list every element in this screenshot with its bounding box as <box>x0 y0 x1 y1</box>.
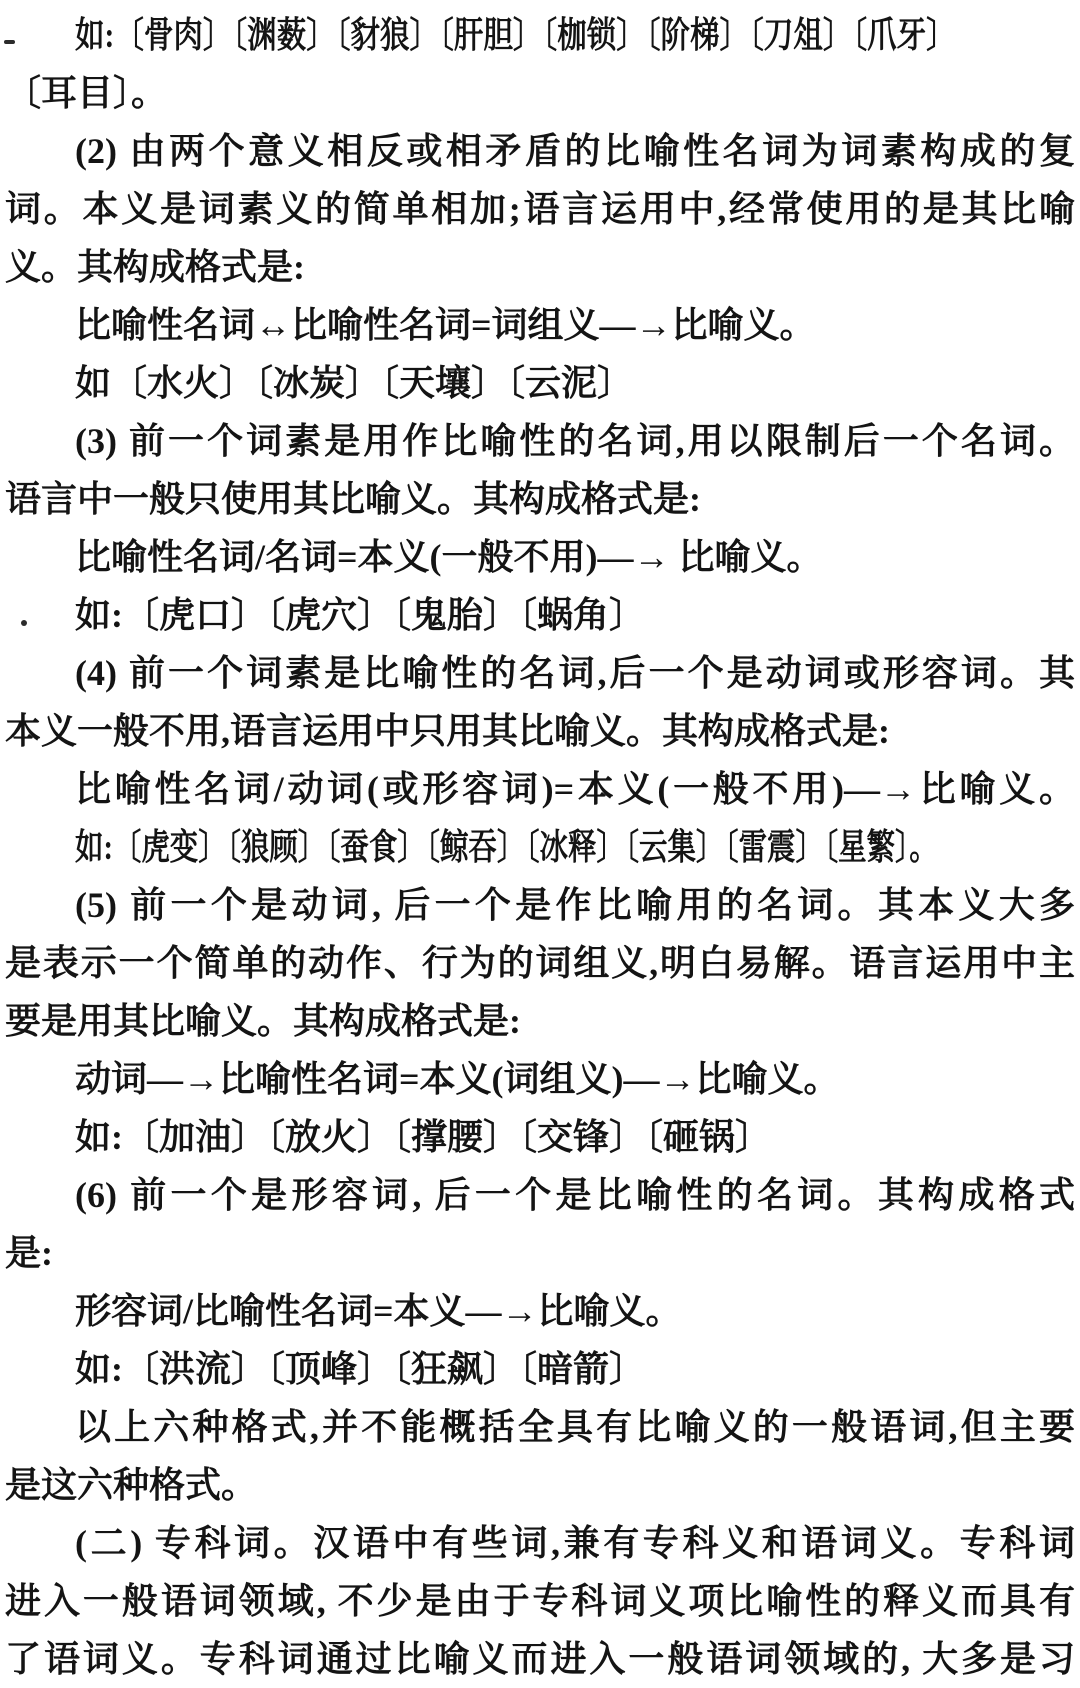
text-line: 进入一般语词领域, 不少是由于专科词义项比喻性的释义而具有 <box>5 1572 1075 1630</box>
text-line: 如:〔骨肉〕〔渊薮〕〔豺狼〕〔肝胆〕〔枷锁〕〔阶梯〕〔刀俎〕〔爪牙〕 <box>5 6 1075 64</box>
text-line: 义。其构成格式是: <box>5 238 1075 296</box>
text-line: 了语词义。专科词通过比喻义而进入一般语词领域的, 大多是习 <box>5 1630 1075 1688</box>
text-line: 如:〔虎口〕〔虎穴〕〔鬼胎〕〔蜗角〕 <box>5 586 1075 644</box>
text-line-content: 如:〔骨肉〕〔渊薮〕〔豺狼〕〔肝胆〕〔枷锁〕〔阶梯〕〔刀俎〕〔爪牙〕 <box>75 6 956 64</box>
scanned-page: 如:〔骨肉〕〔渊薮〕〔豺狼〕〔肝胆〕〔枷锁〕〔阶梯〕〔刀俎〕〔爪牙〕 〔耳目〕。… <box>0 0 1080 1688</box>
formula-line: 比喻性名词/名词=本义(一般不用)—→ 比喻义。 <box>5 528 1075 586</box>
text-line: 以上六种格式,并不能概括全具有比喻义的一般语词,但主要 <box>5 1398 1075 1456</box>
scan-speck-dot <box>21 620 27 626</box>
text-line: 是这六种格式。 <box>5 1456 1075 1514</box>
text-line: 如:〔虎变〕〔狼顾〕〔蚕食〕〔鲸吞〕〔冰释〕〔云集〕〔雷震〕〔星繁〕。 <box>5 818 1075 876</box>
text-line: 本义一般不用,语言运用中只用其比喻义。其构成格式是: <box>5 702 1075 760</box>
formula-line: 动词—→比喻性名词=本义(词组义)—→比喻义。 <box>5 1050 1075 1108</box>
formula-line: 比喻性名词/动词(或形容词)=本义(一般不用)—→比喻义。 <box>5 760 1075 818</box>
text-line: (二) 专科词。汉语中有些词,兼有专科义和语词义。专科词 <box>5 1514 1075 1572</box>
text-line: 词。本义是词素义的简单相加;语言运用中,经常使用的是其比喻 <box>5 180 1075 238</box>
text-line: 如〔水火〕〔冰炭〕〔天壤〕〔云泥〕 <box>5 354 1075 412</box>
text-line: (3) 前一个词素是用作比喻性的名词,用以限制后一个名词。 <box>5 412 1075 470</box>
scan-speck-dash <box>4 40 15 44</box>
text-line: 语言中一般只使用其比喻义。其构成格式是: <box>5 470 1075 528</box>
text-line: 如:〔洪流〕〔顶峰〕〔狂飙〕〔暗箭〕 <box>5 1340 1075 1398</box>
formula-line: 比喻性名词↔比喻性名词=词组义—→比喻义。 <box>5 296 1075 354</box>
text-line: (2) 由两个意义相反或相矛盾的比喻性名词为词素构成的复 <box>5 122 1075 180</box>
text-line: 是表示一个简单的动作、行为的词组义,明白易解。语言运用中主 <box>5 934 1075 992</box>
text-line: 是: <box>5 1224 1075 1282</box>
text-line: (6) 前一个是形容词, 后一个是比喻性的名词。其构成格式 <box>5 1166 1075 1224</box>
formula-line: 形容词/比喻性名词=本义—→比喻义。 <box>5 1282 1075 1340</box>
text-line-content: 如:〔虎变〕〔狼顾〕〔蚕食〕〔鲸吞〕〔冰释〕〔云集〕〔雷震〕〔星繁〕。 <box>75 818 938 876</box>
text-line: (4) 前一个词素是比喻性的名词,后一个是动词或形容词。其 <box>5 644 1075 702</box>
text-line: (5) 前一个是动词, 后一个是作比喻用的名词。其本义大多 <box>5 876 1075 934</box>
text-line: 要是用其比喻义。其构成格式是: <box>5 992 1075 1050</box>
text-line: 〔耳目〕。 <box>5 64 1075 122</box>
text-line: 如:〔加油〕〔放火〕〔撑腰〕〔交锋〕〔砸锅〕 <box>5 1108 1075 1166</box>
